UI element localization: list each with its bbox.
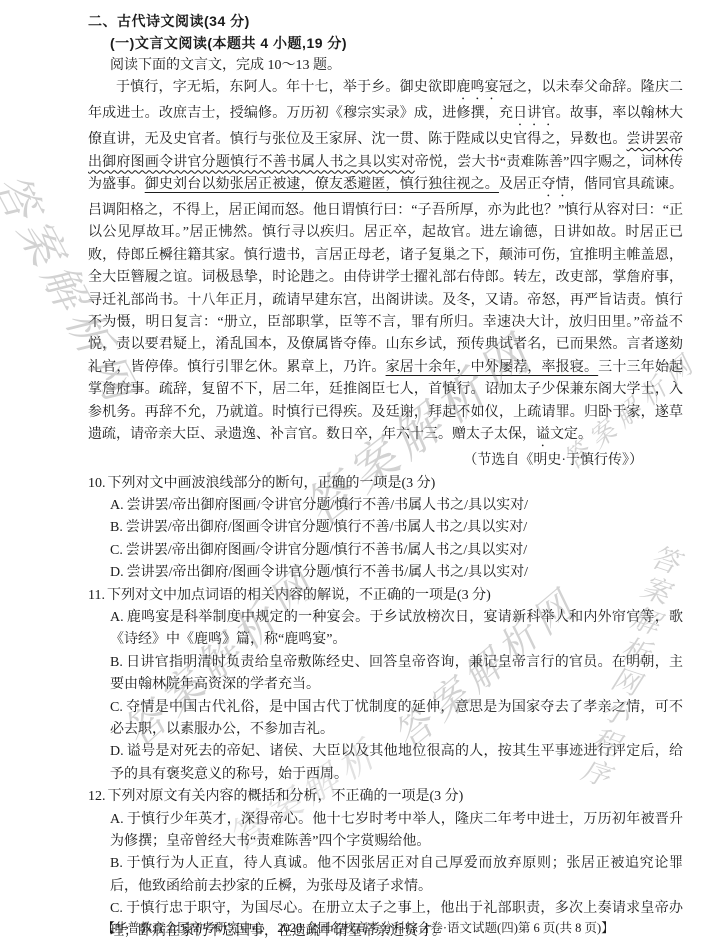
passage-segment: 文定。 bbox=[550, 427, 592, 442]
passage-segment-emphasized: 日讲官 bbox=[513, 106, 556, 121]
question-10-option-c: C.尝讲罢/帝出御府图画/令讲官分题/慎行不善书/属人书之/具以实对/ bbox=[110, 540, 683, 562]
option-label: C. bbox=[110, 543, 123, 558]
question-11-options: A.鹿鸣宴是科举制度中规定的一种宴会。于乡试放榜次日，宴请新科举人和内外帘官等，… bbox=[110, 607, 683, 786]
passage-segment-emphasized: 夺情 bbox=[541, 177, 569, 192]
page-footer: 【华普教育全国高考研究中心 2020 全国名校高考分科综合卷·语文试题(四)第 … bbox=[0, 918, 716, 936]
question-11-option-d: D.谥号是对死去的帝妃、诸侯、大臣以及其他地位很高的人，按其生平事迹进行评定后，… bbox=[110, 741, 683, 786]
option-label: C. bbox=[110, 700, 123, 715]
option-label: B. bbox=[110, 655, 123, 670]
passage-segment-underlined: 家居十余年，中外屡荐，率报寝。 bbox=[386, 360, 599, 375]
option-label: B. bbox=[110, 520, 123, 535]
passage-source: （节选自《明史·于慎行传》） bbox=[88, 450, 683, 472]
question-12-stem: 12.下列对原文有关内容的概括和分析，不正确的一项是(3 分) bbox=[88, 786, 683, 808]
passage-segment: ，偕同官具疏谏。吕调阳格之，不得上，居正闻而怒。他日谓慎行曰：“子吾所厚，亦为此… bbox=[88, 177, 683, 375]
question-10-option-a: A.尝讲罢/帝出御府图画/令讲官分题/慎行不善/书属人书之/具以实对/ bbox=[110, 495, 683, 517]
option-text: 于慎行为人正直，待人真诚。他不因张居正对自己厚爱而放弃原则；张居正被追究论罪后，… bbox=[110, 856, 683, 893]
question-11-stem: 11.下列对文中加点词语的相关内容的解说，不正确的一项是(3 分) bbox=[88, 585, 683, 607]
option-text: 夺情是中国古代礼俗，是中国古代丁忧制度的延伸，意思是为国家夺去了孝亲之情，可不必… bbox=[110, 700, 683, 737]
passage-segment: 于慎行，字无垢，东阿人。年十七，举于乡。御史欲即 bbox=[116, 80, 456, 95]
classical-passage: 于慎行，字无垢，东阿人。年十七，举于乡。御史欲即鹿鸣宴冠之，以未奉父命辞。隆庆二… bbox=[88, 77, 683, 450]
question-number: 11. bbox=[88, 588, 105, 603]
passage-segment-emphasized: 谥 bbox=[536, 427, 550, 442]
question-11-option-a: A.鹿鸣宴是科举制度中规定的一种宴会。于乡试放榜次日，宴请新科举人和内外帘官等，… bbox=[110, 607, 683, 652]
question-10-option-b: B.尝讲罢/帝出御府/图画令讲官分题/慎行不善/书属人书之/具以实对/ bbox=[110, 517, 683, 539]
option-text: 尝讲罢/帝出御府/图画令讲官分题/慎行不善书/属人书之/具以实对/ bbox=[127, 565, 528, 580]
option-label: D. bbox=[110, 565, 124, 580]
passage-segment: 及居正 bbox=[499, 177, 542, 192]
question-stem-text: 下列对原文有关内容的概括和分析，不正确的一项是(3 分) bbox=[108, 789, 464, 804]
option-label: A. bbox=[110, 812, 124, 827]
question-10-options: A.尝讲罢/帝出御府图画/令讲官分题/慎行不善/书属人书之/具以实对/ B.尝讲… bbox=[110, 495, 683, 585]
exam-page: 二、古代诗文阅读(34 分) (一)文言文阅读(本题共 4 小题,19 分) 阅… bbox=[88, 10, 683, 943]
option-text: 于慎行少年英才，深得帝心。他十七岁时考中举人，隆庆二年考中进士，万历初年被晋升为… bbox=[110, 812, 683, 849]
option-label: A. bbox=[110, 610, 124, 625]
reading-instruction: 阅读下面的文言文，完成 10～13 题。 bbox=[110, 55, 683, 77]
option-text: 尝讲罢/帝出御府图画/令讲官分题/慎行不善/书属人书之/具以实对/ bbox=[127, 498, 528, 513]
question-12-option-a: A.于慎行少年英才，深得帝心。他十七岁时考中举人，隆庆二年考中进士，万历初年被晋… bbox=[110, 809, 683, 854]
option-label: D. bbox=[110, 744, 124, 759]
option-text: 鹿鸣宴是科举制度中规定的一种宴会。于乡试放榜次日，宴请新科举人和内外帘官等，歌《… bbox=[110, 610, 683, 647]
option-text: 尝讲罢/帝出御府图画/令讲官分题/慎行不善书/属人书之/具以实对/ bbox=[126, 543, 527, 558]
question-stem-text: 下列对文中加点词语的相关内容的解说，不正确的一项是(3 分) bbox=[107, 588, 491, 603]
passage-segment-emphasized: 鹿鸣宴 bbox=[456, 80, 499, 95]
question-11: 11.下列对文中加点词语的相关内容的解说，不正确的一项是(3 分) A.鹿鸣宴是… bbox=[88, 585, 683, 787]
option-label: B. bbox=[110, 856, 123, 871]
question-10-option-d: D.尝讲罢/帝出御府/图画令讲官分题/慎行不善书/属人书之/具以实对/ bbox=[110, 562, 683, 584]
question-10-stem: 10.下列对文中画波浪线部分的断句，正确的一项是(3 分) bbox=[88, 473, 683, 495]
option-text: 日讲官指明清时负责给皇帝敷陈经史、回答皇帝咨询，兼记皇帝言行的官员。在明朝，主要… bbox=[110, 655, 683, 692]
option-text: 谥号是对死去的帝妃、诸侯、大臣以及其他地位很高的人，按其生平事迹进行评定后，给予… bbox=[110, 744, 683, 781]
question-11-option-c: C.夺情是中国古代礼俗，是中国古代丁忧制度的延伸，意思是为国家夺去了孝亲之情，可… bbox=[110, 697, 683, 742]
question-10: 10.下列对文中画波浪线部分的断句，正确的一项是(3 分) A.尝讲罢/帝出御府… bbox=[88, 473, 683, 585]
source-citation: （节选自《明史·于慎行传》） bbox=[463, 453, 643, 468]
question-number: 10. bbox=[88, 476, 106, 491]
question-stem-text: 下列对文中画波浪线部分的断句，正确的一项是(3 分) bbox=[108, 476, 436, 491]
question-12-option-b: B.于慎行为人正直，待人真诚。他不因张居正对自己厚爱而放弃原则；张居正被追究论罪… bbox=[110, 853, 683, 898]
option-label: C. bbox=[110, 901, 123, 916]
passage-segment-underlined: 御史刘台以劾张居正被逮，僚友悉避匿，慎行独往视之。 bbox=[145, 177, 499, 192]
option-text: 尝讲罢/帝出御府/图画令讲官分题/慎行不善/书属人书之/具以实对/ bbox=[126, 520, 527, 535]
question-11-option-b: B.日讲官指明清时负责给皇帝敷陈经史、回答皇帝咨询，兼记皇帝言行的官员。在明朝，… bbox=[110, 652, 683, 697]
subsection-title: (一)文言文阅读(本题共 4 小题,19 分) bbox=[110, 32, 683, 54]
question-number: 12. bbox=[88, 789, 106, 804]
option-label: A. bbox=[110, 498, 124, 513]
section-title: 二、古代诗文阅读(34 分) bbox=[88, 10, 683, 32]
